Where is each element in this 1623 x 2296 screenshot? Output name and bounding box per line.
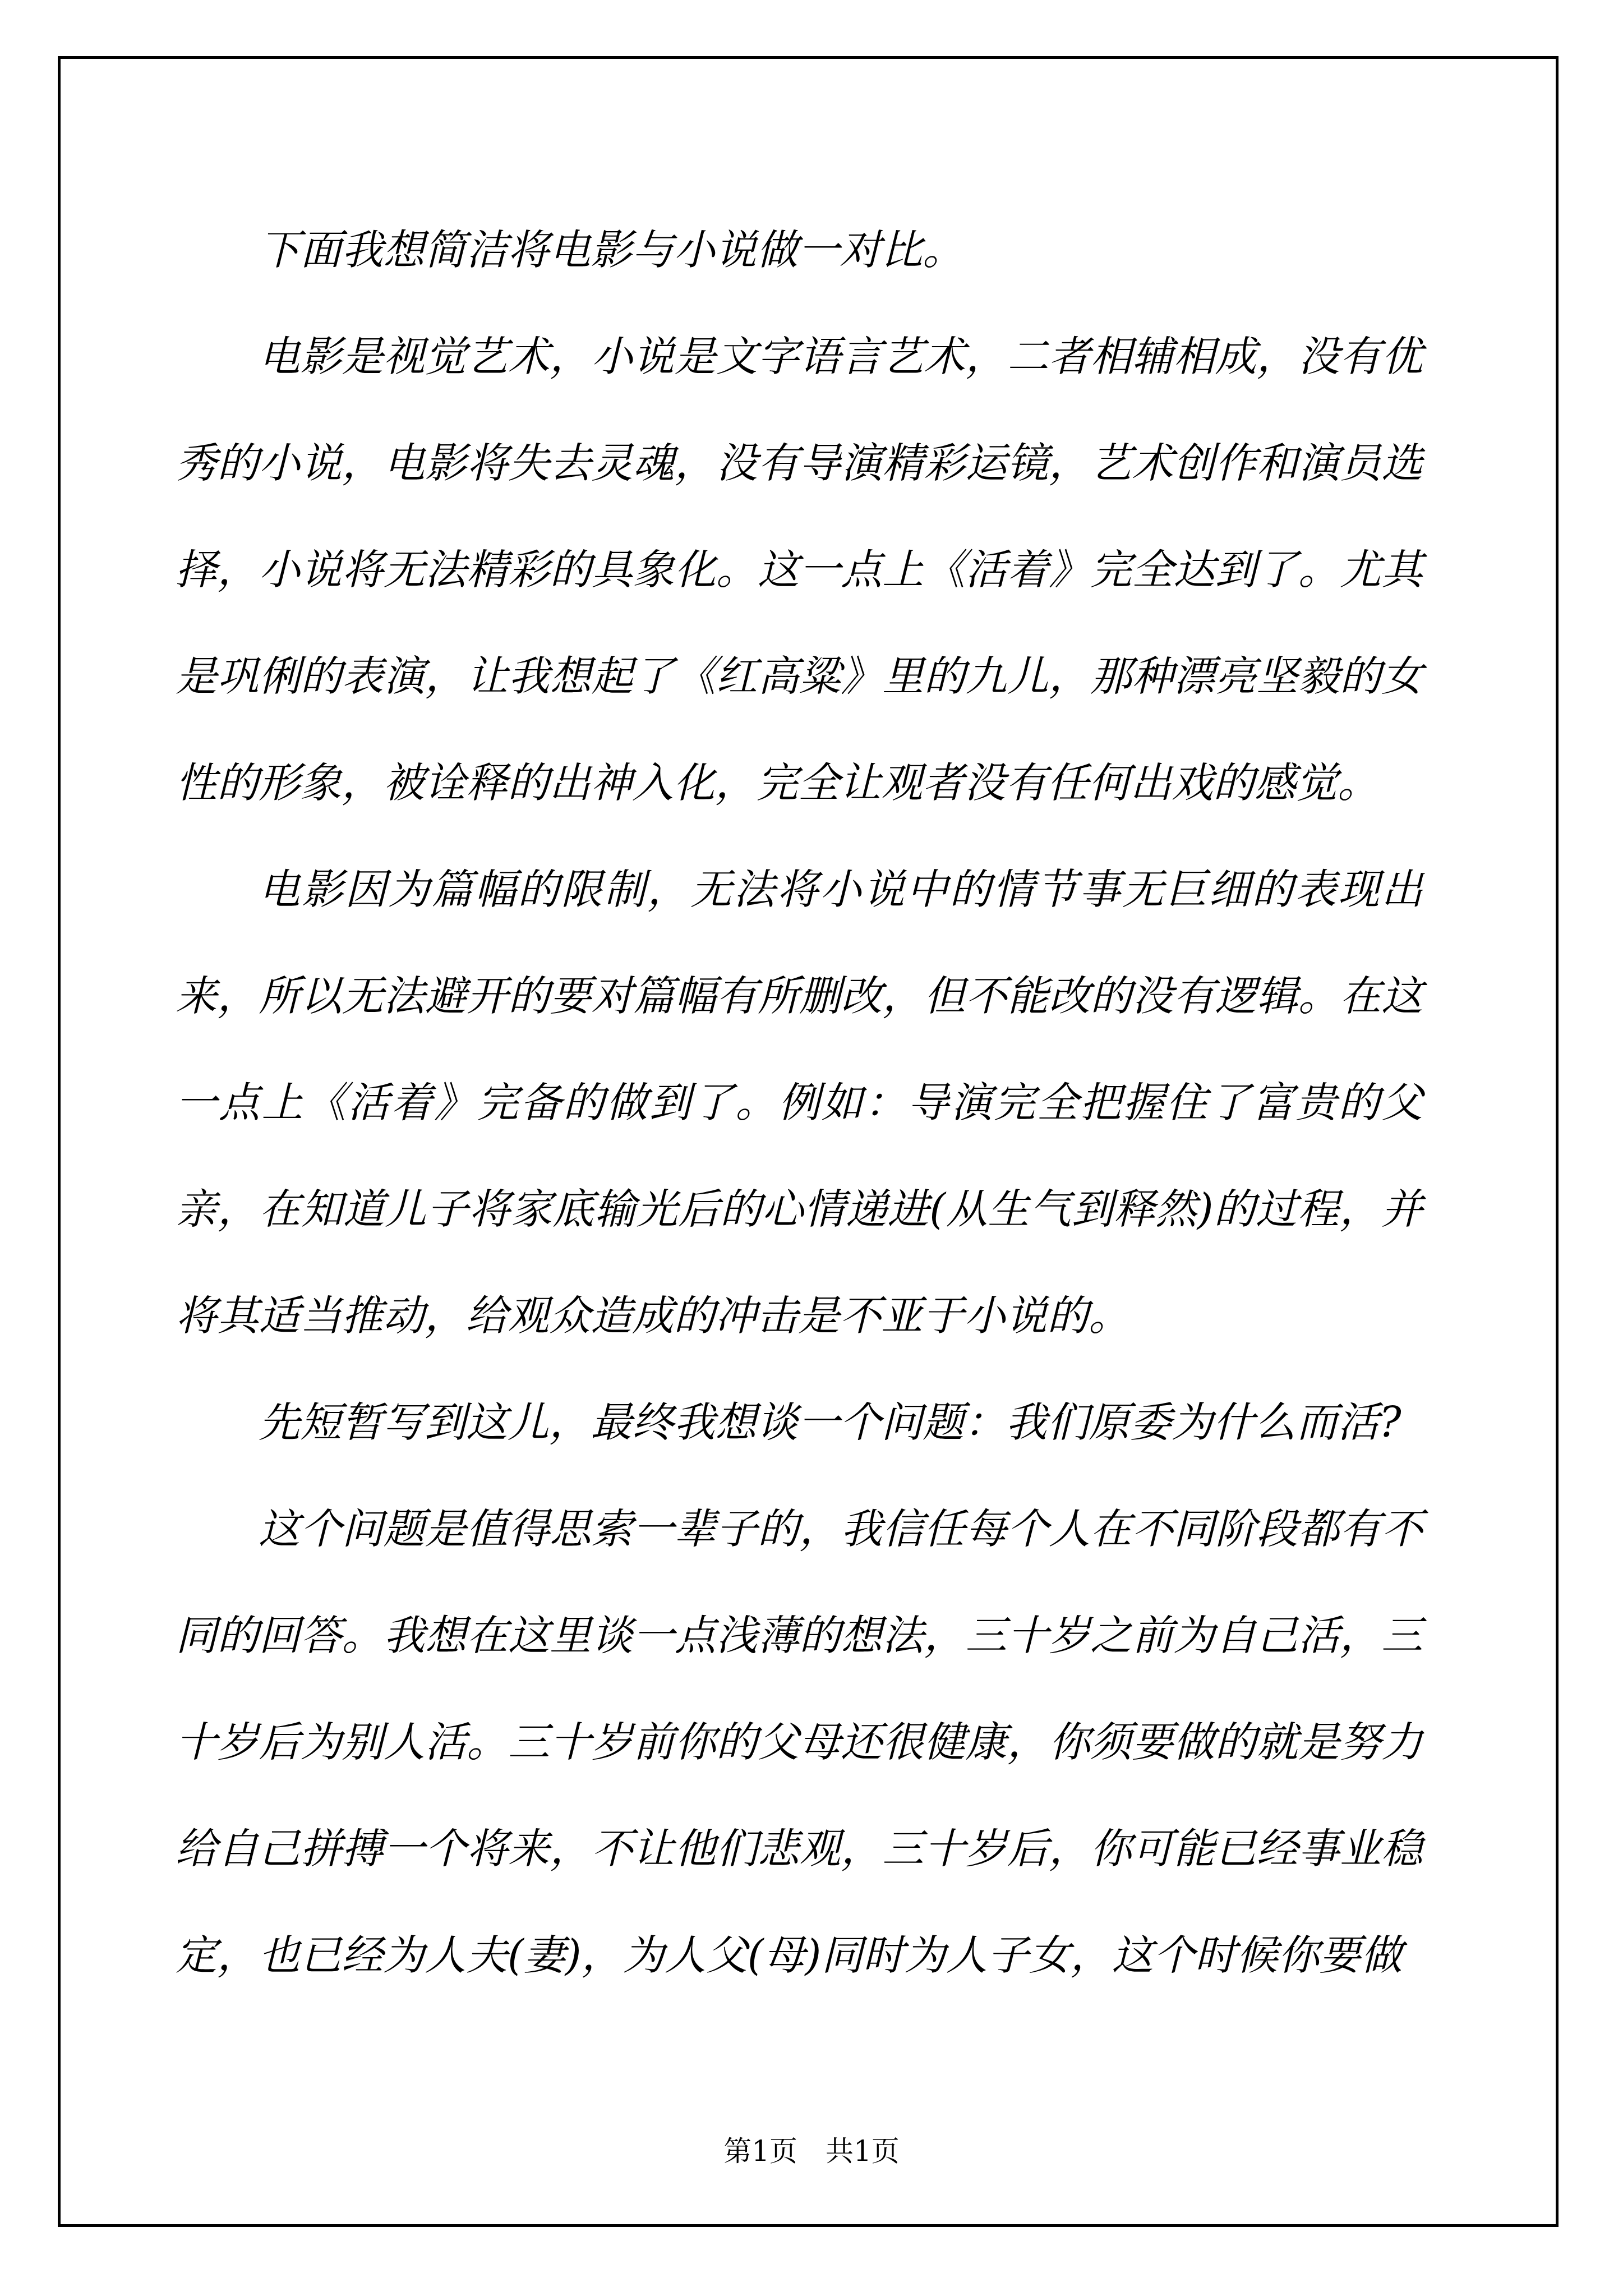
paragraph: 下面我想简洁将电影与小说做一对比。 xyxy=(176,197,1423,303)
paragraph: 这个问题是值得思索一辈子的，我信任每个人在不同阶段都有不同的回答。我想在这里谈一… xyxy=(176,1476,1423,2009)
paragraph: 先短暂写到这儿，最终我想谈一个问题：我们原委为什么而活? xyxy=(176,1369,1423,1476)
page-footer: 第1页共1页 xyxy=(0,2129,1623,2174)
document-body: 下面我想简洁将电影与小说做一对比。电影是视觉艺术，小说是文字语言艺术，二者相辅相… xyxy=(176,197,1423,2009)
footer-page-total: 共1页 xyxy=(826,2135,900,2168)
paragraph: 电影因为篇幅的限制，无法将小说中的情节事无巨细的表现出来，所以无法避开的要对篇幅… xyxy=(176,836,1423,1369)
paragraph: 电影是视觉艺术，小说是文字语言艺术，二者相辅相成，没有优秀的小说，电影将失去灵魂… xyxy=(176,303,1423,836)
footer-page-number: 第1页 xyxy=(723,2135,797,2168)
